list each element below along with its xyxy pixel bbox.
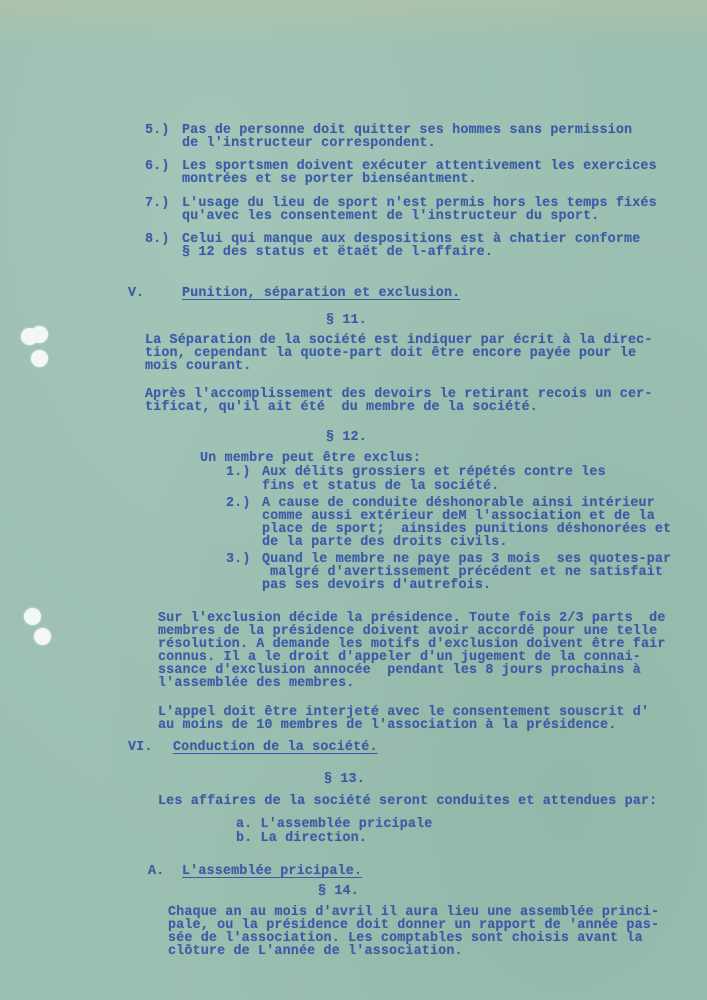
section-a-number: A. [148, 865, 164, 878]
paragraph-11-heading: § 11. [326, 314, 367, 327]
par12-item-3-line-3: pas ses devoirs d'autrefois. [262, 579, 491, 592]
par12-item-1-line-1: Aux délits grossiers et répétés contre l… [262, 466, 606, 479]
section-v-number: V. [128, 287, 144, 300]
paragraph-13-heading: § 13. [324, 773, 365, 786]
punch-hole [34, 628, 51, 645]
item-5-number: 5.) [145, 124, 170, 137]
par13-item-b: b. La direction. [236, 832, 367, 845]
par12-p1-line-6: l'assemblée des membres. [158, 677, 354, 690]
punch-hole [31, 350, 48, 367]
par13-intro: Les affaires de la société seront condui… [158, 795, 657, 808]
punch-hole [31, 326, 48, 343]
par12-item-1-line-2: fins et status de la société. [262, 480, 499, 493]
par12-item-2-number: 2.) [226, 497, 251, 510]
par12-intro: Un membre peut être exclus: [200, 452, 421, 465]
punch-hole [24, 608, 41, 625]
paragraph-14-heading: § 14. [318, 885, 359, 898]
section-vi-number: VI. [128, 741, 153, 754]
section-a-title: L'assemblée pricipale. [182, 865, 362, 878]
paragraph-12-heading: § 12. [326, 431, 367, 444]
par12-item-1-number: 1.) [226, 466, 251, 479]
item-7-number: 7.) [145, 197, 170, 210]
item-5-line-2: de l'instructeur correspondent. [182, 137, 436, 150]
item-6-line-2: montrées et se porter bienséantment. [182, 173, 477, 186]
item-7-line-2: qu'avec les consentement de l'instructeu… [182, 210, 599, 223]
item-8-number: 8.) [145, 233, 170, 246]
item-6-number: 6.) [145, 160, 170, 173]
par12-item-3-number: 3.) [226, 553, 251, 566]
par11-p2-line-2: tificat, qu'il ait été du membre de la s… [145, 401, 538, 414]
par13-item-a: a. L'assemblée pricipale [236, 818, 432, 831]
document-page: 5.) Pas de personne doit quitter ses hom… [0, 0, 707, 1000]
par11-p1-line-3: mois courant. [145, 360, 251, 373]
section-v-title: Punition, séparation et exclusion. [182, 287, 460, 300]
par14-p1-line-4: clôture de L'année de l'association. [168, 945, 463, 958]
section-vi-title: Conduction de la société. [173, 741, 378, 754]
par12-item-2-line-4: de la parte des droits civils. [262, 536, 508, 549]
item-8-line-2: § 12 des status et ëtaët de l-affaire. [182, 246, 493, 259]
par12-p2-line-2: au moins de 10 membres de l'association … [158, 719, 616, 732]
